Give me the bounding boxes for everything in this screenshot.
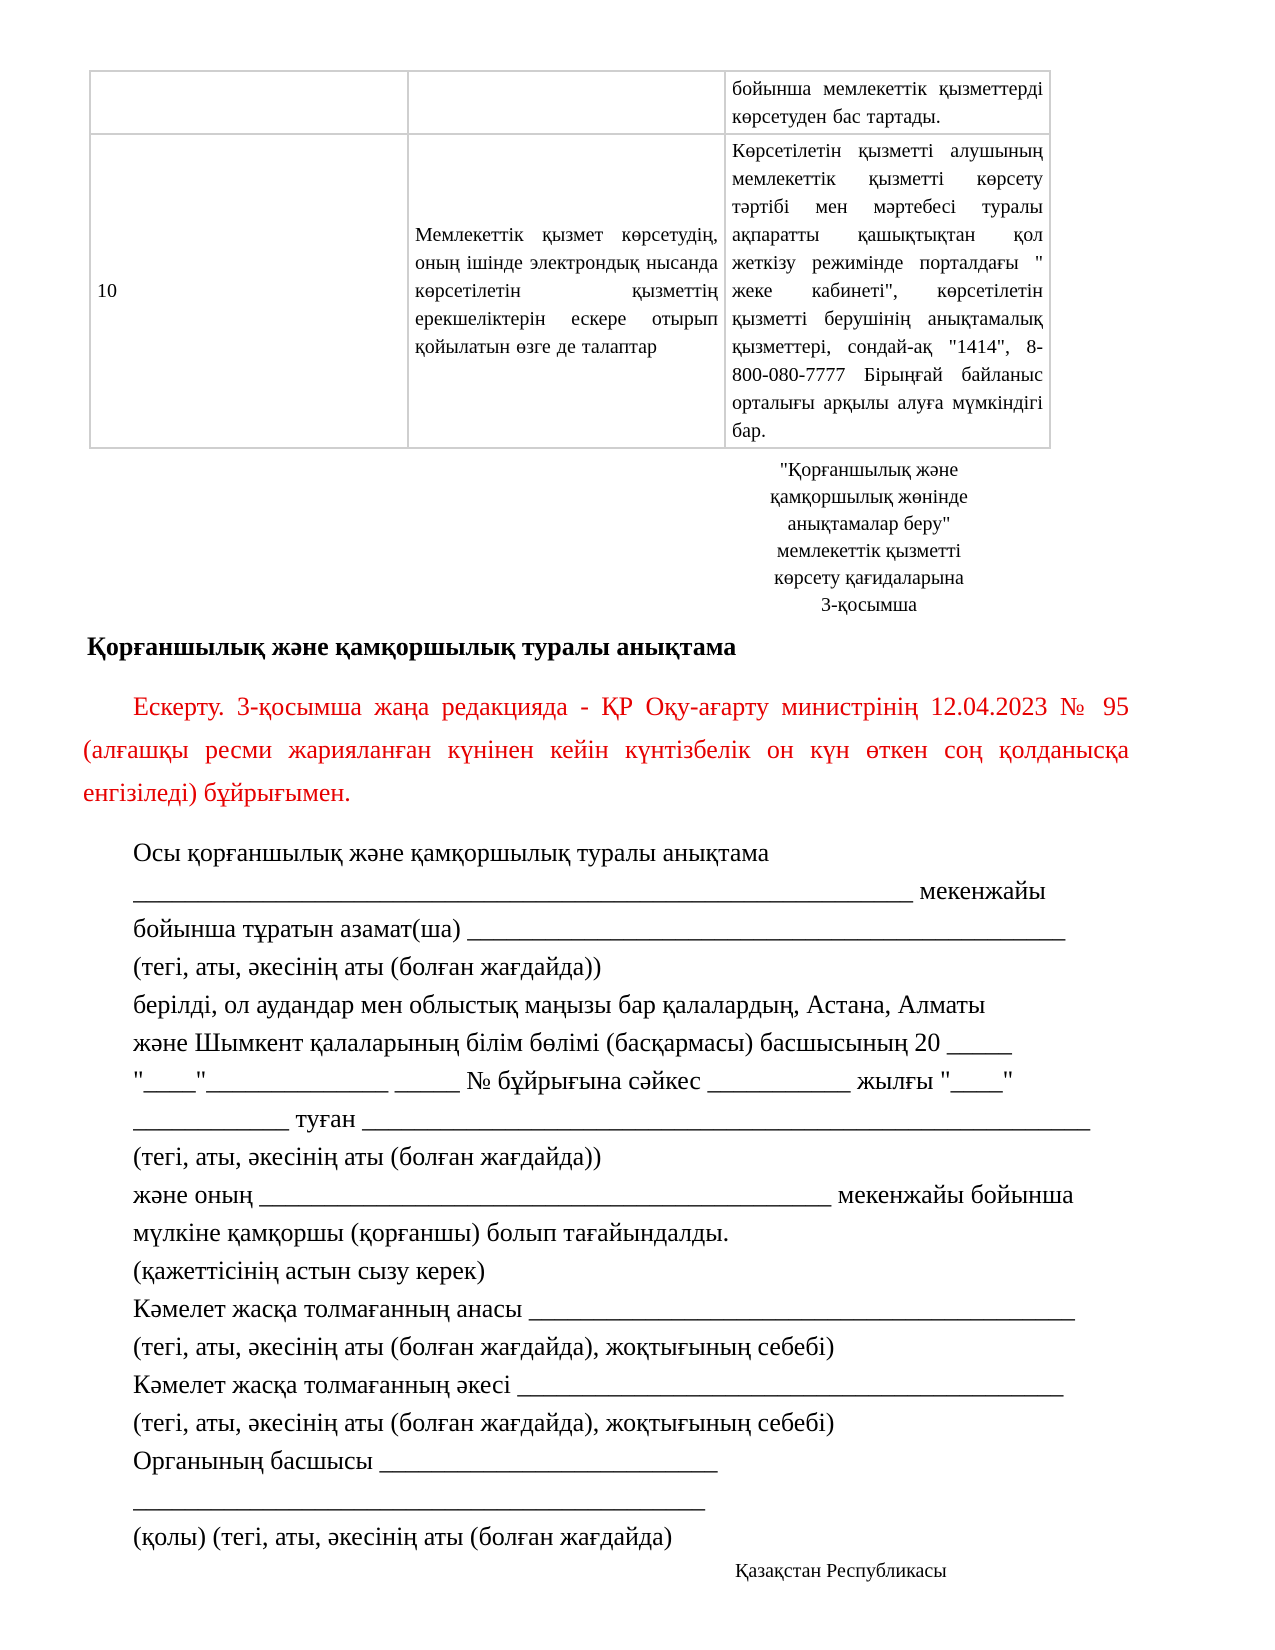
table-cell-requirement: Мемлекеттік қызмет көрсетудің, оның ішін… [408,134,725,448]
form-line-caption: (қажеттісінің астын сызу керек) [133,1252,1183,1290]
form-line-blank-field: Кәмелет жасқа толмағанның анасы ________… [133,1290,1183,1328]
appendix-note-line: "Қорғаншылық және [714,457,1024,484]
page-title: Қорғаншылық және қамқоршылық туралы анық… [87,631,1275,663]
form-line-blank-field: ________________________________________… [133,1480,1183,1518]
table-cell-detail: бойынша мемлекеттік қызметтерді көрсетуд… [725,71,1050,134]
form-line-blank-field: Органының басшысы ______________________… [133,1442,1183,1480]
form-line-blank-field: және Шымкент қалаларының білім бөлімі (б… [133,1024,1183,1062]
requirements-table: бойынша мемлекеттік қызметтерді көрсетуд… [89,70,1051,449]
table-row: 10 Мемлекеттік қызмет көрсетудің, оның і… [90,134,1050,448]
form-line-caption: (тегі, аты, әкесінің аты (болған жағдайд… [133,1404,1183,1442]
certificate-form: Осы қорғаншылық және қамқоршылық туралы … [133,834,1275,1556]
form-line-caption: (қолы) (тегі, аты, әкесінің аты (болған … [133,1518,1183,1556]
form-line-blank-field: бойынша тұратын азамат(ша) _____________… [133,910,1183,948]
table-cell-detail: Көрсетілетін қызметті алушының мемлекетт… [725,134,1050,448]
table-cell-requirement [408,71,725,134]
form-line-caption: (тегі, аты, әкесінің аты (болған жағдайд… [133,948,1183,986]
appendix-note: "Қорғаншылық және қамқоршылық жөнінде ан… [714,457,1024,619]
form-line-blank-field: және оның ______________________________… [133,1176,1183,1214]
form-line: мүлкіне қамқоршы (қорғаншы) болып тағайы… [133,1214,1183,1252]
appendix-note-line: анықтамалар беру" [714,511,1024,538]
table-row: бойынша мемлекеттік қызметтерді көрсетуд… [90,71,1050,134]
form-line-blank-field: "____"______________ _____ № бұйрығына с… [133,1062,1183,1100]
appendix-note-line: көрсету қағидаларына [714,565,1024,592]
table-cell-row-number: 10 [90,134,408,448]
form-line-caption: (тегі, аты, әкесінің аты (болған жағдайд… [133,1138,1183,1176]
appendix-note-line: қамқоршылық жөнінде [714,484,1024,511]
table-cell-row-number [90,71,408,134]
form-line: Осы қорғаншылық және қамқоршылық туралы … [133,834,1183,872]
footer-text: Қазақстан Республикасы [735,1558,1275,1585]
form-line: берілді, ол аудандар мен облыстық маңызы… [133,986,1183,1024]
form-line-blank-field: ____________ туған _____________________… [133,1100,1183,1138]
form-line-caption: (тегі, аты, әкесінің аты (болған жағдайд… [133,1328,1183,1366]
amendment-note: Ескерту. 3-қосымша жаңа редакцияда - ҚР … [83,685,1129,814]
form-line-blank-field: Кәмелет жасқа толмағанның әкесі ________… [133,1366,1183,1404]
form-line-blank-field: ________________________________________… [133,872,1183,910]
appendix-note-line: 3-қосымша [714,592,1024,619]
document-page: бойынша мемлекеттік қызметтерді көрсетуд… [0,0,1275,1650]
appendix-note-line: мемлекеттік қызметті [714,538,1024,565]
